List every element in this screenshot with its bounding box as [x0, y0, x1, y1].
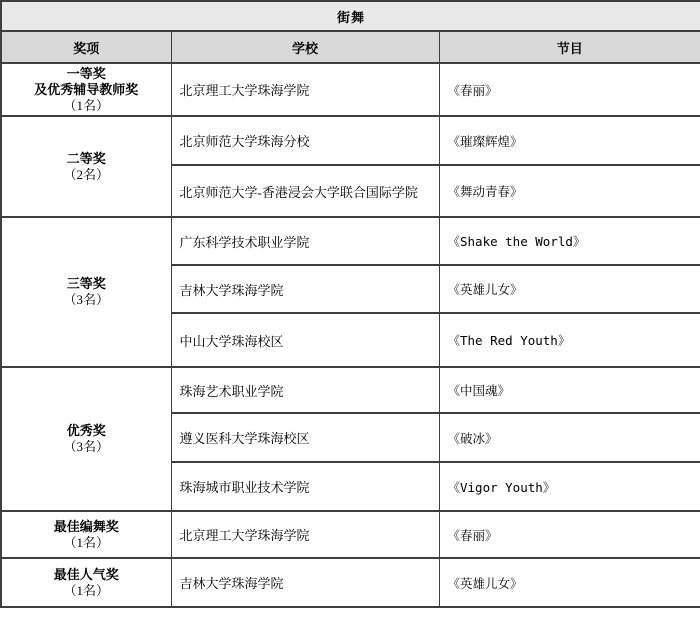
- program-cell: 《英雄儿女》: [439, 558, 700, 607]
- program-cell: 《Shake the World》: [439, 217, 700, 265]
- school-cell: 珠海城市职业技术学院: [171, 462, 439, 511]
- award-name: 三等奖: [2, 276, 171, 292]
- award-count: （1名）: [2, 98, 171, 114]
- school-cell: 广东科学技术职业学院: [171, 217, 439, 265]
- table-row: 三等奖（3名）广东科学技术职业学院《Shake the World》: [1, 217, 700, 265]
- program-cell: 《舞动青春》: [439, 165, 700, 217]
- award-name: 最佳编舞奖: [2, 519, 171, 535]
- award-count: （3名）: [2, 292, 171, 308]
- award-cell: 二等奖（2名）: [1, 116, 171, 217]
- table-title: 街舞: [1, 1, 700, 31]
- award-name: 二等奖: [2, 151, 171, 167]
- award-count: （3名）: [2, 439, 171, 455]
- school-cell: 珠海艺术职业学院: [171, 367, 439, 413]
- school-cell: 北京师范大学珠海分校: [171, 116, 439, 165]
- school-cell: 北京理工大学珠海学院: [171, 511, 439, 558]
- program-cell: 《Vigor Youth》: [439, 462, 700, 511]
- table-row: 最佳编舞奖（1名）北京理工大学珠海学院《春丽》: [1, 511, 700, 558]
- school-cell: 吉林大学珠海学院: [171, 265, 439, 313]
- school-cell: 吉林大学珠海学院: [171, 558, 439, 607]
- school-cell: 中山大学珠海校区: [171, 313, 439, 367]
- program-cell: 《中国魂》: [439, 367, 700, 413]
- program-cell: 《英雄儿女》: [439, 265, 700, 313]
- column-header-school: 学校: [171, 31, 439, 63]
- award-count: （2名）: [2, 167, 171, 183]
- award-cell: 三等奖（3名）: [1, 217, 171, 367]
- table-body: 一等奖及优秀辅导教师奖（1名）北京理工大学珠海学院《春丽》二等奖（2名）北京师范…: [1, 63, 700, 607]
- program-cell: 《破冰》: [439, 413, 700, 462]
- column-header-program: 节目: [439, 31, 700, 63]
- award-table: 街舞 奖项 学校 节目 一等奖及优秀辅导教师奖（1名）北京理工大学珠海学院《春丽…: [0, 0, 700, 608]
- program-cell: 《春丽》: [439, 511, 700, 558]
- school-cell: 北京理工大学珠海学院: [171, 63, 439, 116]
- award-count: （1名）: [2, 535, 171, 551]
- header-row: 奖项 学校 节目: [1, 31, 700, 63]
- table-row: 优秀奖（3名）珠海艺术职业学院《中国魂》: [1, 367, 700, 413]
- program-cell: 《春丽》: [439, 63, 700, 116]
- award-cell: 最佳人气奖（1名）: [1, 558, 171, 607]
- program-cell: 《璀璨辉煌》: [439, 116, 700, 165]
- award-name: 优秀奖: [2, 423, 171, 439]
- table-row: 一等奖及优秀辅导教师奖（1名）北京理工大学珠海学院《春丽》: [1, 63, 700, 116]
- table-row: 最佳人气奖（1名）吉林大学珠海学院《英雄儿女》: [1, 558, 700, 607]
- award-name: 最佳人气奖: [2, 567, 171, 583]
- title-row: 街舞: [1, 1, 700, 31]
- column-header-award: 奖项: [1, 31, 171, 63]
- award-name: 及优秀辅导教师奖: [2, 82, 171, 98]
- school-cell: 北京师范大学-香港浸会大学联合国际学院: [171, 165, 439, 217]
- award-count: （1名）: [2, 583, 171, 599]
- award-cell: 优秀奖（3名）: [1, 367, 171, 511]
- award-name: 一等奖: [2, 66, 171, 82]
- award-cell: 一等奖及优秀辅导教师奖（1名）: [1, 63, 171, 116]
- school-cell: 遵义医科大学珠海校区: [171, 413, 439, 462]
- award-cell: 最佳编舞奖（1名）: [1, 511, 171, 558]
- table-row: 二等奖（2名）北京师范大学珠海分校《璀璨辉煌》: [1, 116, 700, 165]
- program-cell: 《The Red Youth》: [439, 313, 700, 367]
